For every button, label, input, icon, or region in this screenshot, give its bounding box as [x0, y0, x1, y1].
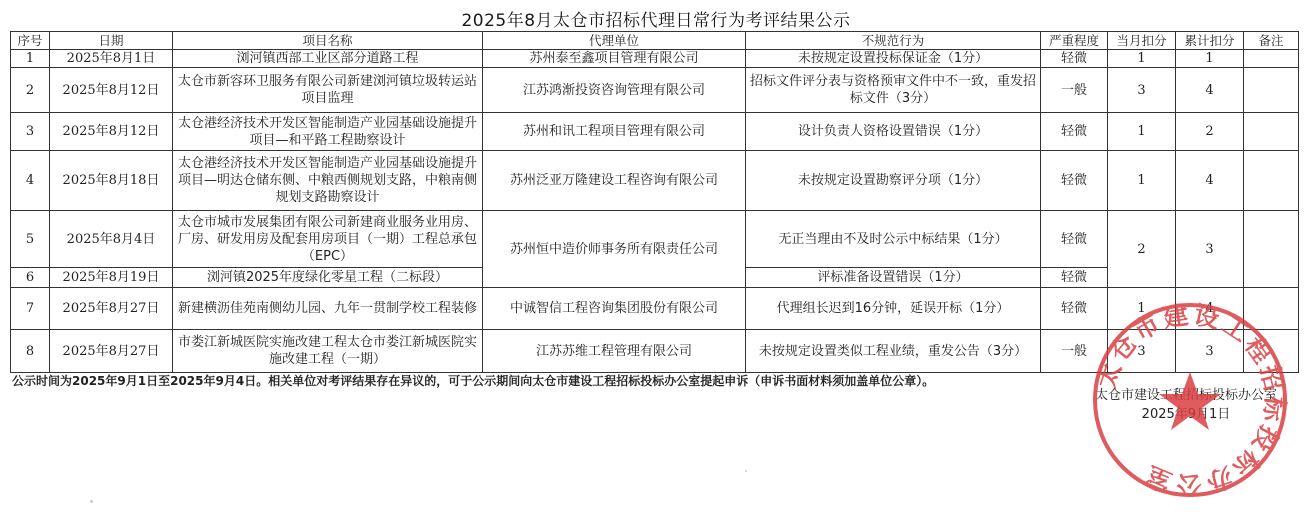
cell-month-deduct: 1: [1108, 288, 1176, 330]
cell-no: 3: [11, 113, 50, 151]
cell-severity: 轻微: [1041, 268, 1108, 288]
cell-remark: [1244, 211, 1299, 288]
cell-remark: [1244, 288, 1299, 330]
table-row: 3 2025年8月12日 太仓港经济技术开发区智能制造产业园基础设施提升项目—和…: [11, 113, 1299, 151]
col-header-total-deduct: 累计扣分: [1176, 32, 1244, 50]
cell-issue: 未按规定设置勘察评分项（1分）: [746, 151, 1041, 211]
col-header-severity: 严重程度: [1041, 32, 1108, 50]
col-header-date: 日期: [50, 32, 173, 50]
cell-remark: [1244, 330, 1299, 373]
table-row: 1 2025年8月1日 浏河镇西部工业区部分道路工程 苏州泰至鑫项目管理有限公司…: [11, 50, 1299, 68]
cell-agency: 苏州泰至鑫项目管理有限公司: [483, 50, 746, 68]
issuer-name: 太仓市建设工程招标投标办公室: [1066, 386, 1306, 405]
cell-no: 5: [11, 211, 50, 268]
cell-issue: 无正当理由不及时公示中标结果（1分）: [746, 211, 1041, 268]
cell-remark: [1244, 151, 1299, 211]
cell-issue: 招标文件评分表与资格预审文件中不一致，重发招标文件（3分）: [746, 68, 1041, 113]
cell-total-deduct: 4: [1176, 151, 1244, 211]
table-row: 7 2025年8月27日 新建横沥佳苑南侧幼儿园、九年一贯制学校工程装修 中诚智…: [11, 288, 1299, 330]
issuer-signature: 太仓市建设工程招标投标办公室 2025年9月1日: [1066, 386, 1306, 424]
cell-project: 太仓市新容环卫服务有限公司新建浏河镇垃圾转运站项目监理: [173, 68, 483, 113]
cell-total-deduct: 1: [1176, 50, 1244, 68]
cell-total-deduct: 3: [1176, 211, 1244, 288]
table-row: 2 2025年8月12日 太仓市新容环卫服务有限公司新建浏河镇垃圾转运站项目监理…: [11, 68, 1299, 113]
cell-total-deduct: 4: [1176, 288, 1244, 330]
cell-month-deduct: 1: [1108, 50, 1176, 68]
cell-date: 2025年8月19日: [50, 268, 173, 288]
cell-month-deduct: 3: [1108, 68, 1176, 113]
cell-no: 8: [11, 330, 50, 373]
table-row: 4 2025年8月18日 太仓港经济技术开发区智能制造产业园基础设施提升项目—明…: [11, 151, 1299, 211]
cell-project: 新建横沥佳苑南侧幼儿园、九年一贯制学校工程装修: [173, 288, 483, 330]
public-notice-text: 公示时间为2025年9月1日至2025年9月4日。相关单位对考评结果存在异议的，…: [12, 372, 934, 389]
cell-severity: 一般: [1041, 68, 1108, 113]
cell-date: 2025年8月12日: [50, 113, 173, 151]
cell-project: 太仓港经济技术开发区智能制造产业园基础设施提升项目—明达仓储东侧、中粮西侧规划支…: [173, 151, 483, 211]
cell-issue: 设计负责人资格设置错误（1分）: [746, 113, 1041, 151]
cell-date: 2025年8月4日: [50, 211, 173, 268]
cell-agency: 苏州泛亚万隆建设工程咨询有限公司: [483, 151, 746, 211]
table-row: 8 2025年8月27日 市娄江新城医院实施改建工程太仓市娄江新城医院实施改建工…: [11, 330, 1299, 373]
col-header-issue: 不规范行为: [746, 32, 1041, 50]
cell-no: 2: [11, 68, 50, 113]
cell-agency: 苏州恒中造价师事务所有限责任公司: [483, 211, 746, 288]
cell-issue: 未按规定设置投标保证金（1分）: [746, 50, 1041, 68]
cell-no: 7: [11, 288, 50, 330]
cell-date: 2025年8月27日: [50, 330, 173, 373]
cell-agency: 江苏苏维工程管理有限公司: [483, 330, 746, 373]
cell-month-deduct: 2: [1108, 211, 1176, 288]
cell-no: 4: [11, 151, 50, 211]
col-header-agency: 代理单位: [483, 32, 746, 50]
cell-total-deduct: 3: [1176, 330, 1244, 373]
table-header-row: 序号 日期 项目名称 代理单位 不规范行为 严重程度 当月扣分 累计扣分 备注: [11, 32, 1299, 50]
cell-issue: 评标准备设置错误（1分）: [746, 268, 1041, 288]
cell-agency: 江苏鸿渐投资咨询管理有限公司: [483, 68, 746, 113]
scan-artifact: [745, 470, 747, 472]
evaluation-table: 序号 日期 项目名称 代理单位 不规范行为 严重程度 当月扣分 累计扣分 备注 …: [10, 31, 1299, 373]
cell-remark: [1244, 113, 1299, 151]
cell-severity: 轻微: [1041, 211, 1108, 268]
cell-project: 浏河镇西部工业区部分道路工程: [173, 50, 483, 68]
cell-severity: 轻微: [1041, 288, 1108, 330]
cell-remark: [1244, 50, 1299, 68]
cell-date: 2025年8月12日: [50, 68, 173, 113]
cell-severity: 轻微: [1041, 151, 1108, 211]
cell-month-deduct: 1: [1108, 151, 1176, 211]
col-header-remark: 备注: [1244, 32, 1299, 50]
cell-issue: 未按规定设置类似工程业绩，重发公告（3分）: [746, 330, 1041, 373]
col-header-no: 序号: [11, 32, 50, 50]
cell-project: 市娄江新城医院实施改建工程太仓市娄江新城医院实施改建工程（一期）: [173, 330, 483, 373]
cell-severity: 一般: [1041, 330, 1108, 373]
cell-total-deduct: 2: [1176, 113, 1244, 151]
cell-date: 2025年8月1日: [50, 50, 173, 68]
cell-severity: 轻微: [1041, 113, 1108, 151]
cell-month-deduct: 3: [1108, 330, 1176, 373]
cell-month-deduct: 1: [1108, 113, 1176, 151]
cell-date: 2025年8月18日: [50, 151, 173, 211]
cell-project: 浏河镇2025年度绿化零星工程（二标段）: [173, 268, 483, 288]
cell-date: 2025年8月27日: [50, 288, 173, 330]
issue-date: 2025年9月1日: [1066, 405, 1306, 424]
scan-artifact: [90, 500, 93, 503]
cell-remark: [1244, 68, 1299, 113]
cell-agency: 苏州和讯工程项目管理有限公司: [483, 113, 746, 151]
cell-no: 1: [11, 50, 50, 68]
cell-issue: 代理组长迟到16分钟，延误开标（1分）: [746, 288, 1041, 330]
cell-project: 太仓港经济技术开发区智能制造产业园基础设施提升项目—和平路工程勘察设计: [173, 113, 483, 151]
cell-severity: 轻微: [1041, 50, 1108, 68]
page-title: 2025年8月太仓市招标代理日常行为考评结果公示: [0, 6, 1312, 31]
cell-total-deduct: 4: [1176, 68, 1244, 113]
table-row: 5 2025年8月4日 太仓市城市发展集团有限公司新建商业服务业用房、厂房、研发…: [11, 211, 1299, 268]
cell-no: 6: [11, 268, 50, 288]
col-header-month-deduct: 当月扣分: [1108, 32, 1176, 50]
cell-agency: 中诚智信工程咨询集团股份有限公司: [483, 288, 746, 330]
col-header-project: 项目名称: [173, 32, 483, 50]
cell-project: 太仓市城市发展集团有限公司新建商业服务业用房、厂房、研发用房及配套用房项目（一期…: [173, 211, 483, 268]
